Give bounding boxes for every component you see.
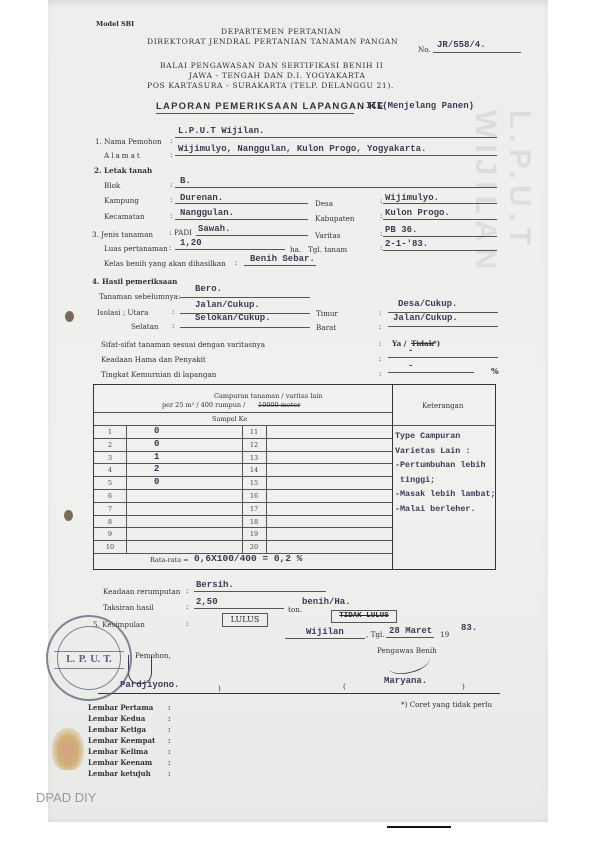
number-value: JR/558/4. bbox=[437, 40, 486, 50]
jenis-prefix: PADI bbox=[174, 228, 192, 237]
year-prefix: 19 bbox=[440, 630, 449, 639]
sample-value: 2 bbox=[154, 464, 159, 474]
blok-label: Blok bbox=[104, 181, 120, 190]
sifat-label: Sifat-sifat tanaman sesuai dengan varita… bbox=[101, 340, 265, 349]
stamp-text: L. P. U. T. bbox=[54, 651, 124, 669]
keterangan-line: Type Campuran bbox=[395, 429, 460, 444]
varitas-value: PB 36. bbox=[385, 225, 417, 235]
sample-number: 2 bbox=[94, 441, 126, 449]
hama-value: - bbox=[408, 346, 413, 356]
distribution-item: Lembar Pertama: bbox=[88, 703, 153, 712]
punch-hole bbox=[65, 311, 74, 322]
timur-value: Desa/Cukup. bbox=[398, 299, 457, 309]
keterangan-line: -Malai berleher. bbox=[395, 502, 475, 517]
number-label: No. bbox=[418, 45, 431, 54]
tgl-label: , Tgl. bbox=[366, 630, 385, 639]
sample-number: 11 bbox=[242, 428, 266, 436]
barat-label: Barat bbox=[316, 323, 336, 332]
desa-value: Wijimulyo. bbox=[385, 193, 439, 203]
distribution-item: Lembar Keempat: bbox=[88, 736, 155, 745]
tidak-lulus-box: TIDAK LULUS bbox=[331, 610, 397, 623]
punch-hole bbox=[64, 510, 73, 521]
keterangan-line: tinggi; bbox=[395, 473, 435, 488]
sample-number: 19 bbox=[242, 530, 266, 538]
selatan-label: Selatan bbox=[131, 322, 159, 331]
distribution-item: Lembar Keenam: bbox=[88, 758, 152, 767]
kampung-value: Durenan. bbox=[180, 193, 223, 203]
kecamatan-value: Nanggulan. bbox=[180, 208, 234, 218]
kecamatan-label: Kecamatan bbox=[104, 212, 145, 221]
sifat-ya: Ya / bbox=[392, 339, 406, 348]
luas-value: 1,20 bbox=[180, 238, 202, 248]
distribution-item: Lembar Kelima: bbox=[88, 747, 148, 756]
name-value: L.P.U.T Wijilan. bbox=[178, 126, 264, 136]
lulus-box: LULUS bbox=[222, 613, 268, 627]
sample-number: 15 bbox=[242, 479, 266, 487]
sign-place: Wijilan bbox=[306, 627, 344, 637]
average-label: Rata-rata = bbox=[150, 556, 189, 564]
official-stamp: L. P. U. T. bbox=[46, 615, 132, 701]
tgl-tanam-label: Tgl. tanam bbox=[308, 245, 347, 254]
kabupaten-value: Kulon Progo. bbox=[385, 208, 450, 218]
sample-number: 17 bbox=[242, 505, 266, 513]
kelas-value: Benih Sebar. bbox=[250, 254, 315, 264]
sample-number: 12 bbox=[242, 441, 266, 449]
pengawas-name: Maryana. bbox=[384, 676, 427, 686]
taksiran-unit-typed: benih/Ha. bbox=[302, 597, 351, 607]
location-section: 2. Letak tanah bbox=[94, 166, 152, 175]
rumput-label: Keadaan rerumputan bbox=[103, 587, 180, 596]
luas-label: Luas pertanaman bbox=[104, 244, 168, 253]
sifat-note: *) bbox=[433, 339, 440, 348]
desa-label: Desa bbox=[315, 199, 333, 208]
kampung-label: Kampung bbox=[104, 196, 139, 205]
sample-number: 5 bbox=[94, 479, 126, 487]
footer-watermark: DPAD DIY bbox=[36, 790, 96, 805]
office-line1: BALAI PENGAWASAN DAN SERTIFIKASI BENIH I… bbox=[160, 61, 383, 70]
emblem-watermark bbox=[52, 728, 84, 770]
blok-value: B. bbox=[180, 176, 191, 186]
timur-label: Timur bbox=[316, 309, 338, 318]
utara-value: Jalan/Cukup. bbox=[195, 300, 260, 310]
vertical-watermark: L.P.U.T WIJILAN bbox=[506, 110, 536, 410]
isolasi-label: Isolasi ; Utara bbox=[97, 308, 148, 317]
bottom-rule bbox=[387, 826, 451, 828]
sample-number: 14 bbox=[242, 466, 266, 474]
prev-value: Bero. bbox=[195, 284, 222, 294]
distribution-item: Lembar Ketiga: bbox=[88, 725, 146, 734]
dept-title: DEPARTEMEN PERTANIAN bbox=[221, 27, 341, 36]
kemurnian-value: - bbox=[408, 361, 413, 371]
sample-number: 4 bbox=[94, 466, 126, 474]
keterangan-line: -Pertumbuhan lebih bbox=[395, 458, 485, 473]
taksiran-label: Taksiran hasil bbox=[103, 603, 154, 612]
sample-number: 1 bbox=[94, 428, 126, 436]
office-line2: JAWA - TENGAH DAN D.I. YOGYAKARTA bbox=[189, 71, 366, 80]
sample-value: 0 bbox=[154, 439, 159, 449]
keterangan-line: Varietas Lain : bbox=[395, 444, 470, 459]
table-header-struck: 10000 meter bbox=[258, 401, 300, 409]
taksiran-unit-printed: ton. bbox=[288, 605, 302, 614]
barat-value: Jalan/Cukup. bbox=[393, 313, 458, 323]
sample-number: 7 bbox=[94, 505, 126, 513]
keterangan-header: Keterangan bbox=[422, 402, 463, 410]
pemohon-name: Pardjiyono. bbox=[120, 680, 179, 690]
footnote: *) Coret yang tidak perlu bbox=[401, 700, 492, 709]
sample-number: 3 bbox=[94, 454, 126, 462]
sign-date: 28 Maret bbox=[389, 626, 432, 636]
kabupaten-label: Kabupaten bbox=[315, 214, 355, 223]
prev-label: Tanaman sebelumnya: bbox=[99, 292, 180, 301]
sample-number: 8 bbox=[94, 518, 126, 526]
sample-number: 16 bbox=[242, 492, 266, 500]
kemurnian-label: Tingkat Kemurnian di lapangan bbox=[101, 370, 216, 379]
sample-number: 6 bbox=[94, 492, 126, 500]
report-stage: III(Menjelang Panen) bbox=[366, 101, 474, 111]
rumput-value: Bersih. bbox=[196, 580, 234, 590]
address-value: Wijimulyo, Nanggulan, Kulon Progo, Yogya… bbox=[178, 144, 426, 154]
sample-number: 9 bbox=[94, 530, 126, 538]
table-header-line1: Campuran tanaman / varitas lain bbox=[214, 392, 323, 400]
distribution-item: Lembar ketujuh: bbox=[88, 769, 151, 778]
average-value: 0,6X100/400 = 0,2 % bbox=[194, 553, 302, 564]
keterangan-line: -Masak lebih lambat; bbox=[395, 487, 496, 502]
selatan-value: Selokan/Cukup. bbox=[195, 313, 271, 323]
jenis-value: Sawah. bbox=[198, 224, 230, 234]
kelas-label: Kelas benih yang akan dihasilkan bbox=[104, 259, 226, 268]
sample-number: 10 bbox=[94, 543, 126, 551]
office-line3: POS KARTASURA - SURAKARTA (TELP. DELANGG… bbox=[147, 81, 394, 90]
sample-value: 1 bbox=[154, 452, 159, 462]
sample-table: Campuran tanaman / varitas lain per 25 m… bbox=[93, 384, 496, 570]
sample-number: 18 bbox=[242, 518, 266, 526]
hama-label: Keadaan Hama dan Penyakit bbox=[101, 355, 206, 364]
table-header-line2: per 25 m² / 400 rumpun / bbox=[162, 401, 245, 409]
varitas-label: Varitas bbox=[315, 231, 340, 240]
address-label: Alamat bbox=[104, 151, 142, 160]
sampel-header: Sampel Ke bbox=[212, 415, 247, 423]
inspection-section: 4. Hasil pemeriksaan bbox=[92, 277, 177, 286]
luas-unit: ha. bbox=[290, 245, 301, 254]
sifat-tidak: Tidak bbox=[411, 339, 434, 348]
report-title: LAPORAN PEMERIKSAAN LAPANGAN KE bbox=[156, 101, 385, 112]
taksiran-value: 2,50 bbox=[196, 597, 218, 607]
name-label: 1. Nama Pemohon bbox=[95, 137, 162, 146]
sign-year: 83. bbox=[461, 623, 477, 633]
tgl-tanam-value: 2-1-'83. bbox=[385, 239, 428, 249]
distribution-item: Lembar Kedua: bbox=[88, 714, 145, 723]
model-label: Model SBI bbox=[96, 20, 134, 28]
kemurnian-unit: % bbox=[491, 366, 499, 376]
directorate-title: DIREKTORAT JENDRAL PERTANIAN TANAMAN PAN… bbox=[147, 37, 398, 46]
sample-value: 0 bbox=[154, 477, 159, 487]
sample-number: 20 bbox=[242, 543, 266, 551]
sample-number: 13 bbox=[242, 454, 266, 462]
jenis-label: 3. Jenis tanaman bbox=[92, 230, 153, 239]
sample-value: 0 bbox=[154, 426, 159, 436]
